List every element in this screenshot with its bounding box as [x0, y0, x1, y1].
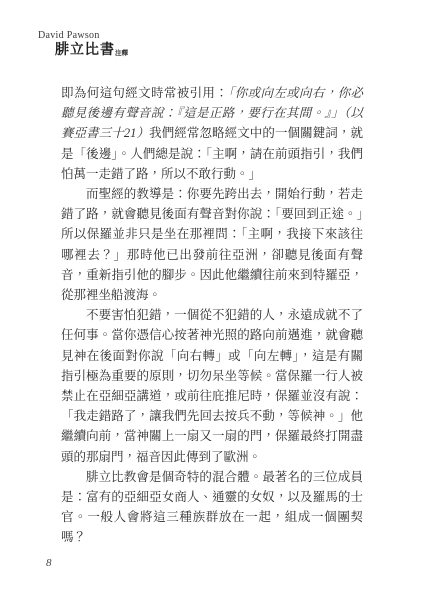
book-page: David Pawson 腓立比書注釋 即為何這句經文時常被引用：「你或向左或向…: [0, 0, 423, 600]
text-segment: 而聖經的教導是：你要先跨出去，開始行動，若走錯了路，就會聽見後面有聲音對你說：「…: [61, 187, 363, 302]
book-title-suffix: 注釋: [115, 50, 128, 57]
paragraph: 不要害怕犯錯，一個從不犯錯的人，永遠成就不了任何事。當你憑信心按著神光照的路向前…: [61, 305, 363, 467]
page-header: David Pawson 腓立比書注釋: [38, 30, 128, 62]
author-name: David Pawson: [38, 30, 128, 42]
paragraph: 即為何這句經文時常被引用：「你或向左或向右，你必聽見後邊有聲音說：『這是正路，要…: [61, 83, 363, 184]
body-text: 即為何這句經文時常被引用：「你或向左或向右，你必聽見後邊有聲音說：『這是正路，要…: [61, 83, 363, 548]
paragraph: 而聖經的教導是：你要先跨出去，開始行動，若走錯了路，就會聽見後面有聲音對你說：「…: [61, 184, 363, 305]
book-title-text: 腓立比書: [55, 43, 115, 58]
text-segment: 腓立比教會是個奇特的混合體。最著名的三位成員是：富有的亞細亞女商人、通靈的女奴，…: [61, 470, 363, 545]
paragraph: 腓立比教會是個奇特的混合體。最著名的三位成員是：富有的亞細亞女商人、通靈的女奴，…: [61, 467, 363, 548]
page-number: 8: [46, 557, 52, 569]
book-title: 腓立比書注釋: [55, 43, 128, 62]
text-segment: 不要害怕犯錯，一個從不犯錯的人，永遠成就不了任何事。當你憑信心按著神光照的路向前…: [61, 308, 363, 463]
text-segment: 即為何這句經文時常被引用：: [61, 86, 228, 100]
